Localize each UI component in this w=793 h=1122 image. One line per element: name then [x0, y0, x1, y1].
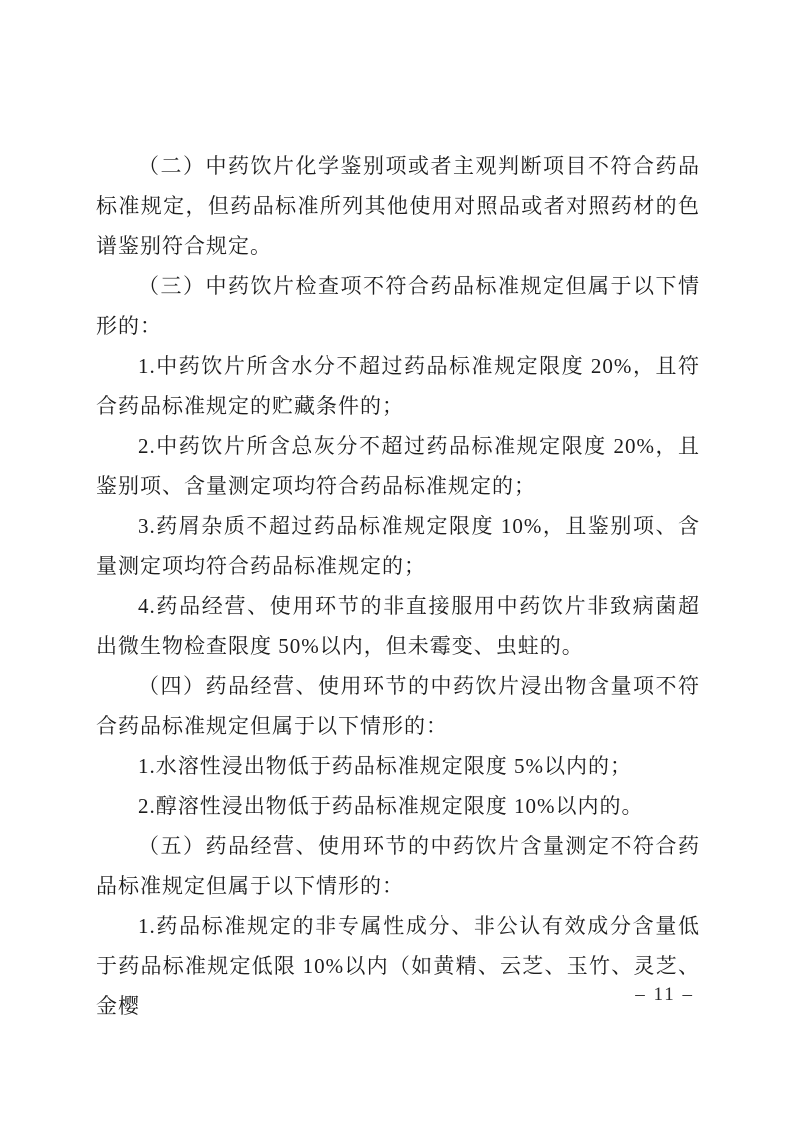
document-body-text: （二）中药饮片化学鉴别项或者主观判断项目不符合药品标准规定，但药品标准所列其他使… — [96, 146, 700, 1026]
paragraph: 4.药品经营、使用环节的非直接服用中药饮片非致病菌超出微生物检查限度 50%以内… — [96, 586, 700, 666]
paragraph: （五）药品经营、使用环节的中药饮片含量测定不符合药品标准规定但属于以下情形的： — [96, 826, 700, 906]
paragraph: （四）药品经营、使用环节的中药饮片浸出物含量项不符合药品标准规定但属于以下情形的… — [96, 666, 700, 746]
document-page: （二）中药饮片化学鉴别项或者主观判断项目不符合药品标准规定，但药品标准所列其他使… — [0, 0, 793, 1122]
paragraph: （二）中药饮片化学鉴别项或者主观判断项目不符合药品标准规定，但药品标准所列其他使… — [96, 146, 700, 266]
paragraph: 3.药屑杂质不超过药品标准规定限度 10%，且鉴别项、含量测定项均符合药品标准规… — [96, 506, 700, 586]
page-number: – 11 – — [635, 982, 694, 1008]
paragraph: 1.水溶性浸出物低于药品标准规定限度 5%以内的； — [96, 746, 700, 786]
paragraph: 1.药品标准规定的非专属性成分、非公认有效成分含量低于药品标准规定低限 10%以… — [96, 906, 700, 1026]
paragraph: 2.醇溶性浸出物低于药品标准规定限度 10%以内的。 — [96, 786, 700, 826]
paragraph: 1.中药饮片所含水分不超过药品标准规定限度 20%，且符合药品标准规定的贮藏条件… — [96, 346, 700, 426]
paragraph: 2.中药饮片所含总灰分不超过药品标准规定限度 20%，且鉴别项、含量测定项均符合… — [96, 426, 700, 506]
paragraph: （三）中药饮片检查项不符合药品标准规定但属于以下情形的： — [96, 266, 700, 346]
